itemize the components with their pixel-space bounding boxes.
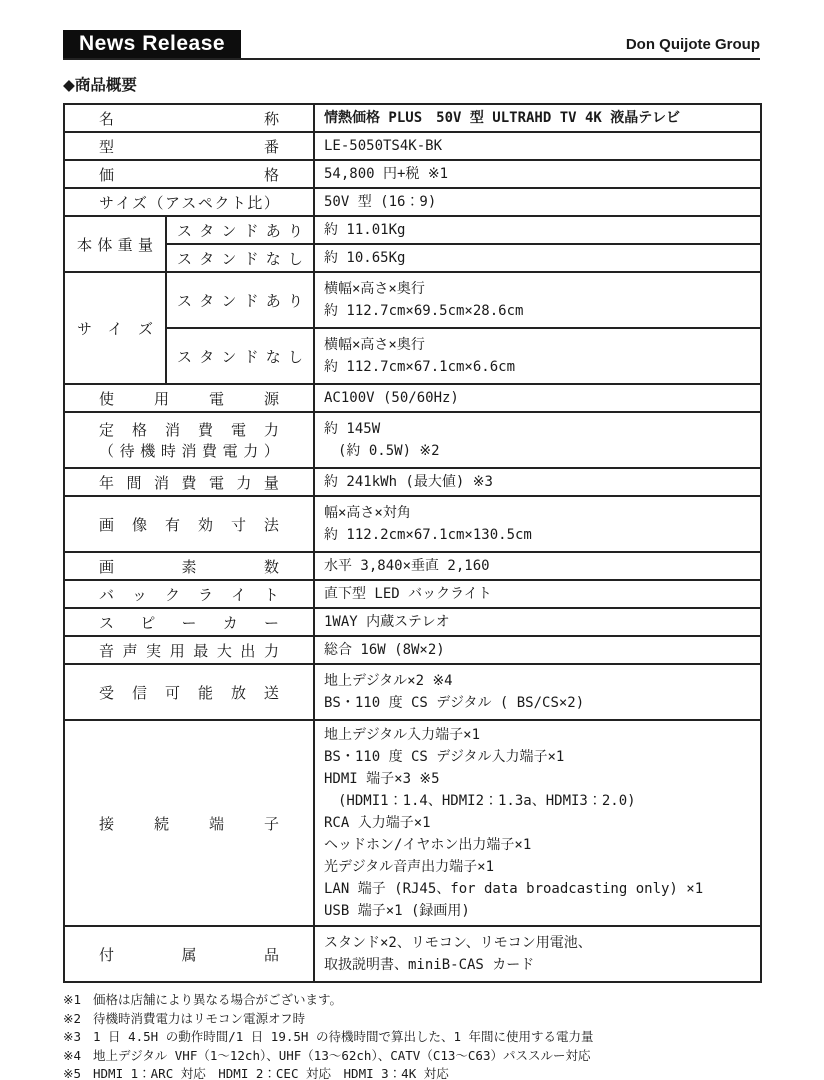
spec-row-accessories: 付属品 スタンド×2、リモコン、リモコン用電池、 取扱説明書、miniB-CAS…: [64, 926, 761, 982]
spec-value-backlight: 直下型 LED バックライト: [314, 580, 761, 608]
spec-value-aspect: 50V 型 (16：9): [314, 188, 761, 216]
spec-row-power: 使用電源 AC100V (50/60Hz): [64, 384, 761, 412]
footnote-text: 待機時消費電力はリモコン電源オフ時: [93, 1010, 760, 1029]
spec-label-rated-power: 定格消費電力 （待機時消費電力）: [64, 412, 314, 468]
spec-row-rated-power: 定格消費電力 （待機時消費電力） 約 145W (約 0.5W) ※2: [64, 412, 761, 468]
spec-label-terminals: 接続端子: [64, 720, 314, 926]
spec-sublabel-weight-with-stand: スタンドあり: [166, 216, 314, 244]
footnote-marker: ※2: [63, 1010, 93, 1029]
footnote-text: 価格は店舗により異なる場合がございます。: [93, 991, 760, 1010]
spec-value-terminals: 地上デジタル入力端子×1 BS・110 度 CS デジタル入力端子×1 HDMI…: [314, 720, 761, 926]
footnote-4: ※4 地上デジタル VHF（1〜12ch）、UHF（13〜62ch）、CATV（…: [63, 1047, 760, 1066]
spec-value-size-with-stand: 横幅×高さ×奥行 約 112.7cm×69.5cm×28.6cm: [314, 272, 761, 328]
spec-sublabel-size-without-stand: スタンドなし: [166, 328, 314, 384]
spec-row-price: 価格 54,800 円+税 ※1: [64, 160, 761, 188]
spec-row-size-without-stand: スタンドなし 横幅×高さ×奥行 約 112.7cm×67.1cm×6.6cm: [64, 328, 761, 384]
spec-row-speaker: スピーカー 1WAY 内蔵ステレオ: [64, 608, 761, 636]
spec-row-broadcast: 受信可能放送 地上デジタル×2 ※4 BS・110 度 CS デジタル ( BS…: [64, 664, 761, 720]
spec-row-size-with-stand: サイズ スタンドあり 横幅×高さ×奥行 約 112.7cm×69.5cm×28.…: [64, 272, 761, 328]
spec-row-name: 名称 情熱価格 PLUS 50V 型 ULTRAHD TV 4K 液晶テレビ: [64, 104, 761, 132]
footnote-text: 1 日 4.5H の動作時間/1 日 19.5H の待機時間で算出した、1 年間…: [93, 1028, 760, 1047]
page-content: News Release Don Quijote Group ◆商品概要 名称 …: [63, 30, 760, 1080]
header-rule: [63, 58, 760, 60]
spec-table: 名称 情熱価格 PLUS 50V 型 ULTRAHD TV 4K 液晶テレビ 型…: [63, 103, 762, 983]
spec-label-price: 価格: [64, 160, 314, 188]
spec-row-effective-size: 画像有効寸法 幅×高さ×対角 約 112.2cm×67.1cm×130.5cm: [64, 496, 761, 552]
footnote-marker: ※4: [63, 1047, 93, 1066]
spec-label-pixels: 画素数: [64, 552, 314, 580]
spec-label-name: 名称: [64, 104, 314, 132]
spec-row-model: 型番 LE-5050TS4K-BK: [64, 132, 761, 160]
spec-value-weight-without-stand: 約 10.65Kg: [314, 244, 761, 272]
spec-label-speaker: スピーカー: [64, 608, 314, 636]
footnote-marker: ※5: [63, 1065, 93, 1080]
spec-value-pixels: 水平 3,840×垂直 2,160: [314, 552, 761, 580]
spec-row-terminals: 接続端子 地上デジタル入力端子×1 BS・110 度 CS デジタル入力端子×1…: [64, 720, 761, 926]
spec-value-power: AC100V (50/60Hz): [314, 384, 761, 412]
spec-label-audio-output: 音声実用最大出力: [64, 636, 314, 664]
spec-label-effective-size: 画像有効寸法: [64, 496, 314, 552]
spec-sublabel-weight-without-stand: スタンドなし: [166, 244, 314, 272]
spec-row-weight-with-stand: 本体重量 スタンドあり 約 11.01Kg: [64, 216, 761, 244]
spec-label-backlight: バックライト: [64, 580, 314, 608]
spec-row-backlight: バックライト 直下型 LED バックライト: [64, 580, 761, 608]
footnote-text: HDMI 1：ARC 対応 HDMI 2：CEC 対応 HDMI 3：4K 対応: [93, 1065, 760, 1080]
news-release-page: News Release Don Quijote Group ◆商品概要 名称 …: [0, 0, 824, 1080]
spec-value-effective-size: 幅×高さ×対角 約 112.2cm×67.1cm×130.5cm: [314, 496, 761, 552]
brand-name: Don Quijote Group: [626, 36, 760, 53]
footnote-5: ※5 HDMI 1：ARC 対応 HDMI 2：CEC 対応 HDMI 3：4K…: [63, 1065, 760, 1080]
footnote-text: 地上デジタル VHF（1〜12ch）、UHF（13〜62ch）、CATV（C13…: [93, 1047, 760, 1066]
spec-label-power: 使用電源: [64, 384, 314, 412]
news-release-banner: News Release: [63, 30, 241, 58]
spec-value-speaker: 1WAY 内蔵ステレオ: [314, 608, 761, 636]
footnote-1: ※1 価格は店舗により異なる場合がございます。: [63, 991, 760, 1010]
spec-row-audio-output: 音声実用最大出力 総合 16W (8W×2): [64, 636, 761, 664]
page-header: News Release Don Quijote Group: [63, 30, 760, 62]
spec-value-size-without-stand: 横幅×高さ×奥行 約 112.7cm×67.1cm×6.6cm: [314, 328, 761, 384]
spec-sublabel-size-with-stand: スタンドあり: [166, 272, 314, 328]
spec-label-model: 型番: [64, 132, 314, 160]
spec-value-rated-power: 約 145W (約 0.5W) ※2: [314, 412, 761, 468]
footnote-2: ※2 待機時消費電力はリモコン電源オフ時: [63, 1010, 760, 1029]
spec-label-accessories: 付属品: [64, 926, 314, 982]
spec-value-model: LE-5050TS4K-BK: [314, 132, 761, 160]
spec-label-size-group: サイズ: [64, 272, 166, 384]
footnotes: ※1 価格は店舗により異なる場合がございます。 ※2 待機時消費電力はリモコン電…: [63, 991, 760, 1080]
spec-value-broadcast: 地上デジタル×2 ※4 BS・110 度 CS デジタル ( BS/CS×2): [314, 664, 761, 720]
spec-label-broadcast: 受信可能放送: [64, 664, 314, 720]
spec-label-aspect: サイズ（アスペクト比）: [64, 188, 314, 216]
spec-row-weight-without-stand: スタンドなし 約 10.65Kg: [64, 244, 761, 272]
footnote-marker: ※3: [63, 1028, 93, 1047]
spec-value-accessories: スタンド×2、リモコン、リモコン用電池、 取扱説明書、miniB-CAS カード: [314, 926, 761, 982]
spec-value-price: 54,800 円+税 ※1: [314, 160, 761, 188]
section-title: ◆商品概要: [63, 76, 760, 95]
spec-value-audio-output: 総合 16W (8W×2): [314, 636, 761, 664]
spec-row-annual-power: 年間消費電力量 約 241kWh (最大値) ※3: [64, 468, 761, 496]
spec-value-name: 情熱価格 PLUS 50V 型 ULTRAHD TV 4K 液晶テレビ: [314, 104, 761, 132]
spec-row-aspect: サイズ（アスペクト比） 50V 型 (16：9): [64, 188, 761, 216]
spec-value-weight-with-stand: 約 11.01Kg: [314, 216, 761, 244]
spec-value-annual-power: 約 241kWh (最大値) ※3: [314, 468, 761, 496]
spec-label-annual-power: 年間消費電力量: [64, 468, 314, 496]
footnote-marker: ※1: [63, 991, 93, 1010]
footnote-3: ※3 1 日 4.5H の動作時間/1 日 19.5H の待機時間で算出した、1…: [63, 1028, 760, 1047]
spec-label-weight-group: 本体重量: [64, 216, 166, 272]
spec-row-pixels: 画素数 水平 3,840×垂直 2,160: [64, 552, 761, 580]
